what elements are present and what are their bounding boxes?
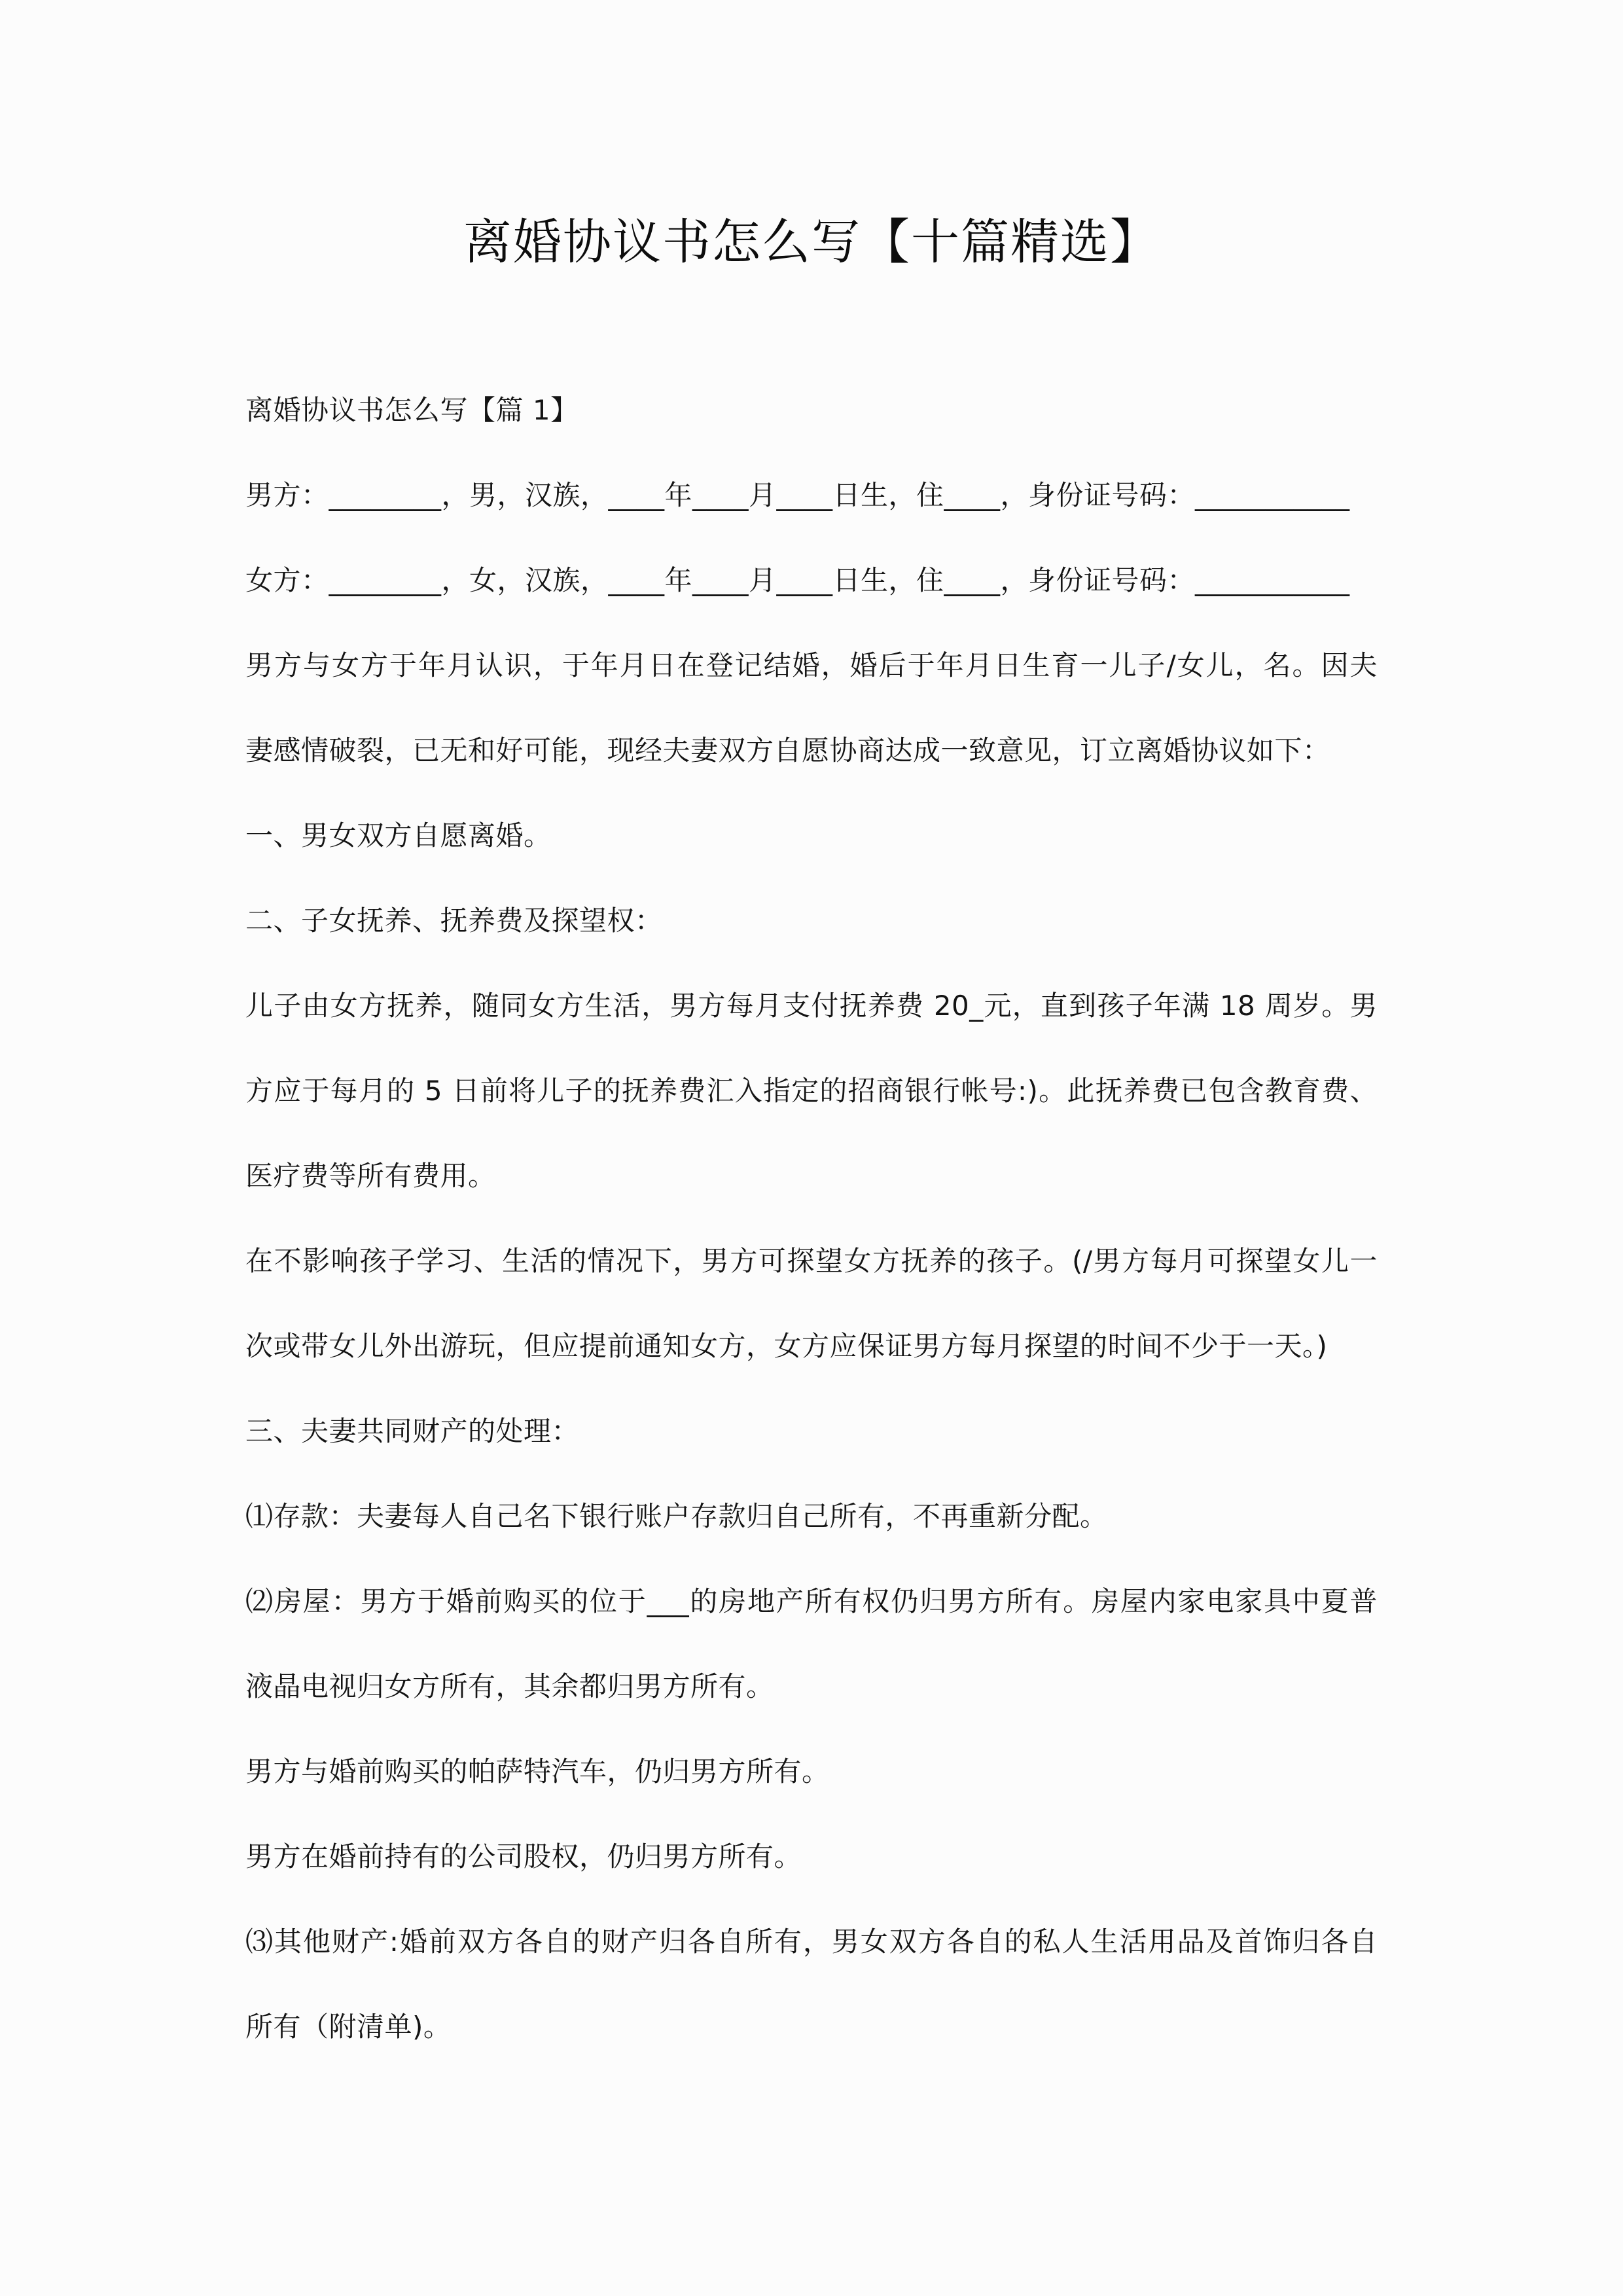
section-heading: 离婚协议书怎么写【篇 1】 xyxy=(245,389,1384,475)
equity-paragraph: 男方在婚前持有的公司股权，仍归男方所有。 xyxy=(245,1836,1384,1921)
clause-1-heading: 一、男女双方自愿离婚。 xyxy=(245,815,1384,900)
document-page: 离婚协议书怎么写【十篇精选】 离婚协议书怎么写【篇 1】 男方：________… xyxy=(0,0,1623,2296)
intro-paragraph-line-1: 男方与女方于年月认识，于年月日在登记结婚，婚后于年月日生育一儿子/女儿，名。因夫 xyxy=(245,645,1378,730)
custody-paragraph-line-3: 医疗费等所有费用。 xyxy=(245,1155,1384,1240)
car-paragraph: 男方与婚前购买的帕萨特汽车，仍归男方所有。 xyxy=(245,1751,1384,1836)
visitation-paragraph-line-1: 在不影响孩子学习、生活的情况下，男方可探望女方抚养的孩子。(/男方每月可探望女儿… xyxy=(245,1240,1378,1325)
custody-paragraph-line-2: 方应于每月的 5 日前将儿子的抚养费汇入指定的招商银行帐号:)。此抚养费已包含教… xyxy=(245,1070,1378,1155)
other-property-paragraph-line-1: ⑶其他财产:婚前双方各自的财产归各自所有，男女双方各自的私人生活用品及首饰归各自 xyxy=(245,1921,1378,2006)
clause-2-heading: 二、子女抚养、抚养费及探望权： xyxy=(245,900,1384,985)
visitation-paragraph-line-2: 次或带女儿外出游玩，但应提前通知女方，女方应保证男方每月探望的时间不少于一天。) xyxy=(245,1325,1384,1410)
clause-3-heading: 三、夫妻共同财产的处理： xyxy=(245,1410,1384,1496)
intro-paragraph-line-2: 妻感情破裂，已无和好可能，现经夫妻双方自愿协商达成一致意见，订立离婚协议如下： xyxy=(245,730,1384,815)
house-paragraph-line-2: 液晶电视归女方所有，其余都归男方所有。 xyxy=(245,1666,1384,1751)
female-party-line: 女方：________，女，汉族，____年____月____日生，住____，… xyxy=(245,560,1384,645)
document-title: 离婚协议书怎么写【十篇精选】 xyxy=(0,211,1623,274)
other-property-paragraph-line-2: 所有（附清单)。 xyxy=(245,2006,1384,2091)
savings-paragraph: ⑴存款：夫妻每人自己名下银行账户存款归自己所有，不再重新分配。 xyxy=(245,1496,1384,1581)
custody-paragraph-line-1: 儿子由女方抚养，随同女方生活，男方每月支付抚养费 20_元，直到孩子年满 18 … xyxy=(245,985,1378,1070)
male-party-line: 男方：________，男，汉族，____年____月____日生，住____，… xyxy=(245,475,1384,560)
document-body: 离婚协议书怎么写【篇 1】 男方：________，男，汉族，____年____… xyxy=(245,389,1384,2091)
house-paragraph-line-1: ⑵房屋：男方于婚前购买的位于___的房地产所有权仍归男方所有。房屋内家电家具中夏… xyxy=(245,1581,1378,1666)
